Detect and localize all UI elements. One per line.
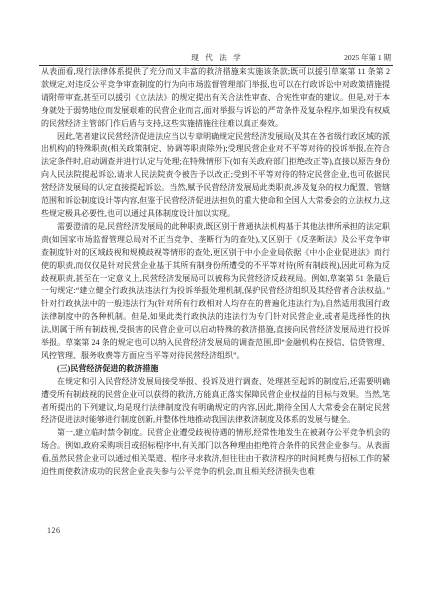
page-header: 现代法学 2025 年第 1 期 xyxy=(41,52,391,64)
paragraph-continuation: 从表面看,现行法律体系提供了充分而又丰富的救济措施来实施该条款;既可以援引草案第… xyxy=(41,66,390,131)
paragraph: 需要澄清的是,民营经济发展局的此种职责,既区别于普通执法机构基于其他法律所承担的… xyxy=(41,221,390,363)
issue-label: 2025 年第 1 期 xyxy=(344,52,391,63)
paragraph: 第一,建立临时禁令制度。民营企业遭受歧视待遇的情形,经常性地发生在被剥夺公平竞争… xyxy=(41,427,390,479)
journal-page: 现代法学 2025 年第 1 期 从表面看,现行法律体系提供了充分而又丰富的救济… xyxy=(0,0,427,603)
article-body: 从表面看,现行法律体系提供了充分而又丰富的救济措施来实施该条款;既可以援引草案第… xyxy=(41,66,390,479)
paragraph: 因此,笔者建议民营经济促进法应当以专章明确规定民营经济发展局(及其在各省级行政区… xyxy=(41,131,390,221)
page-number: 126 xyxy=(47,526,61,535)
journal-title: 现代法学 xyxy=(185,52,248,63)
paragraph: 在规定和引入民营经济发展局接受举报、投诉及进行调查、处理甚至起诉的制度后,还需要… xyxy=(41,376,390,428)
section-subheading: (三)民营经济促进的救济措施 xyxy=(41,363,390,376)
